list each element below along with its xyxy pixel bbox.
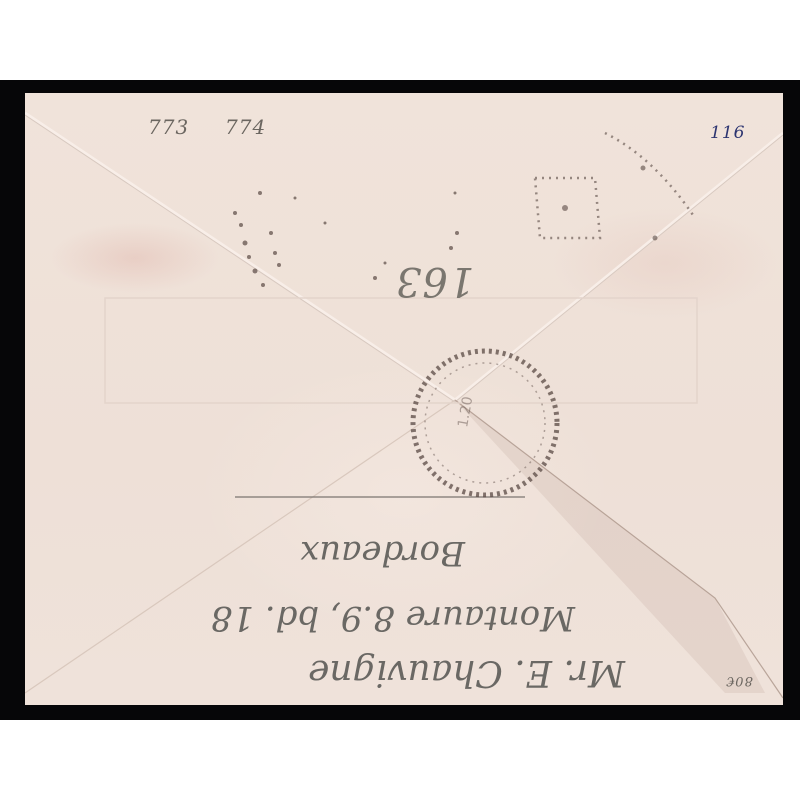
handwritten-address: Mr. E. Chauvigne Montaure 8.9, bd. 18 Bo… [105,513,665,693]
address-line-city: Bordeaux [300,533,465,573]
faded-postmark-top-right [515,118,715,268]
envelope-back: 1.20 773 774 116 80€ 163 Mr. E. Chauvign… [25,93,783,705]
arrival-postmark: 1.20 [405,323,575,513]
inventory-number-773: 773 [148,115,189,139]
price-note: 80€ [725,673,753,688]
lot-number-116: 116 [710,123,745,143]
svg-text:1.20: 1.20 [455,395,476,428]
address-line-street: Montaure 8.9, bd. 18 [211,598,575,638]
center-number-note: 163 [395,258,474,304]
inventory-number-774: 774 [225,115,266,139]
address-line-name: Mr. E. Chauvigne [308,652,625,693]
